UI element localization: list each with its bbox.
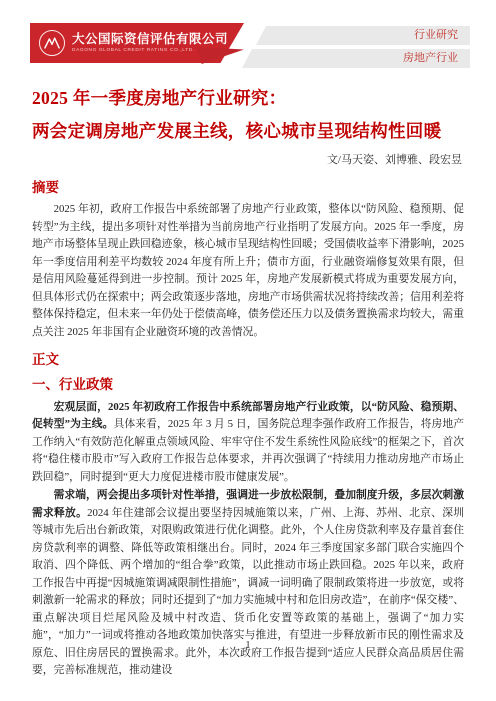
main-body-heading: 正文: [32, 352, 464, 368]
page-number: 1: [0, 640, 496, 651]
header-tag-real-estate-sector: 房地产行业: [242, 49, 470, 68]
report-header: 大公国际资信评估有限公司 DAGONG GLOBAL CREDIT RATING…: [0, 0, 496, 72]
report-page: 大公国际资信评估有限公司 DAGONG GLOBAL CREDIT RATING…: [0, 0, 496, 701]
section1-heading: 一、行业政策: [32, 377, 464, 393]
header-tag-industry-research: 行业研究: [256, 26, 470, 45]
report-title-line1: 2025 年一季度房地产行业研究：: [32, 88, 464, 109]
section1-paragraph-1: 宏观层面，2025 年初政府工作报告中系统部署房地产行业政策，以“防风险、稳预期…: [32, 399, 464, 487]
authors-byline: 文/马天姿、刘博雅、段宏昱: [34, 151, 462, 167]
company-logo-icon: [39, 30, 65, 56]
company-name-cn: 大公国际资信评估有限公司: [72, 33, 228, 47]
abstract-heading: 摘要: [32, 180, 464, 196]
abstract-paragraph: 2025 年初，政府工作报告中系统部署了房地产行业政策，整体以“防风险、稳预期、…: [32, 201, 464, 341]
report-title-line2: 两会定调房地产发展主线，核心城市呈现结构性回暖: [32, 121, 464, 142]
